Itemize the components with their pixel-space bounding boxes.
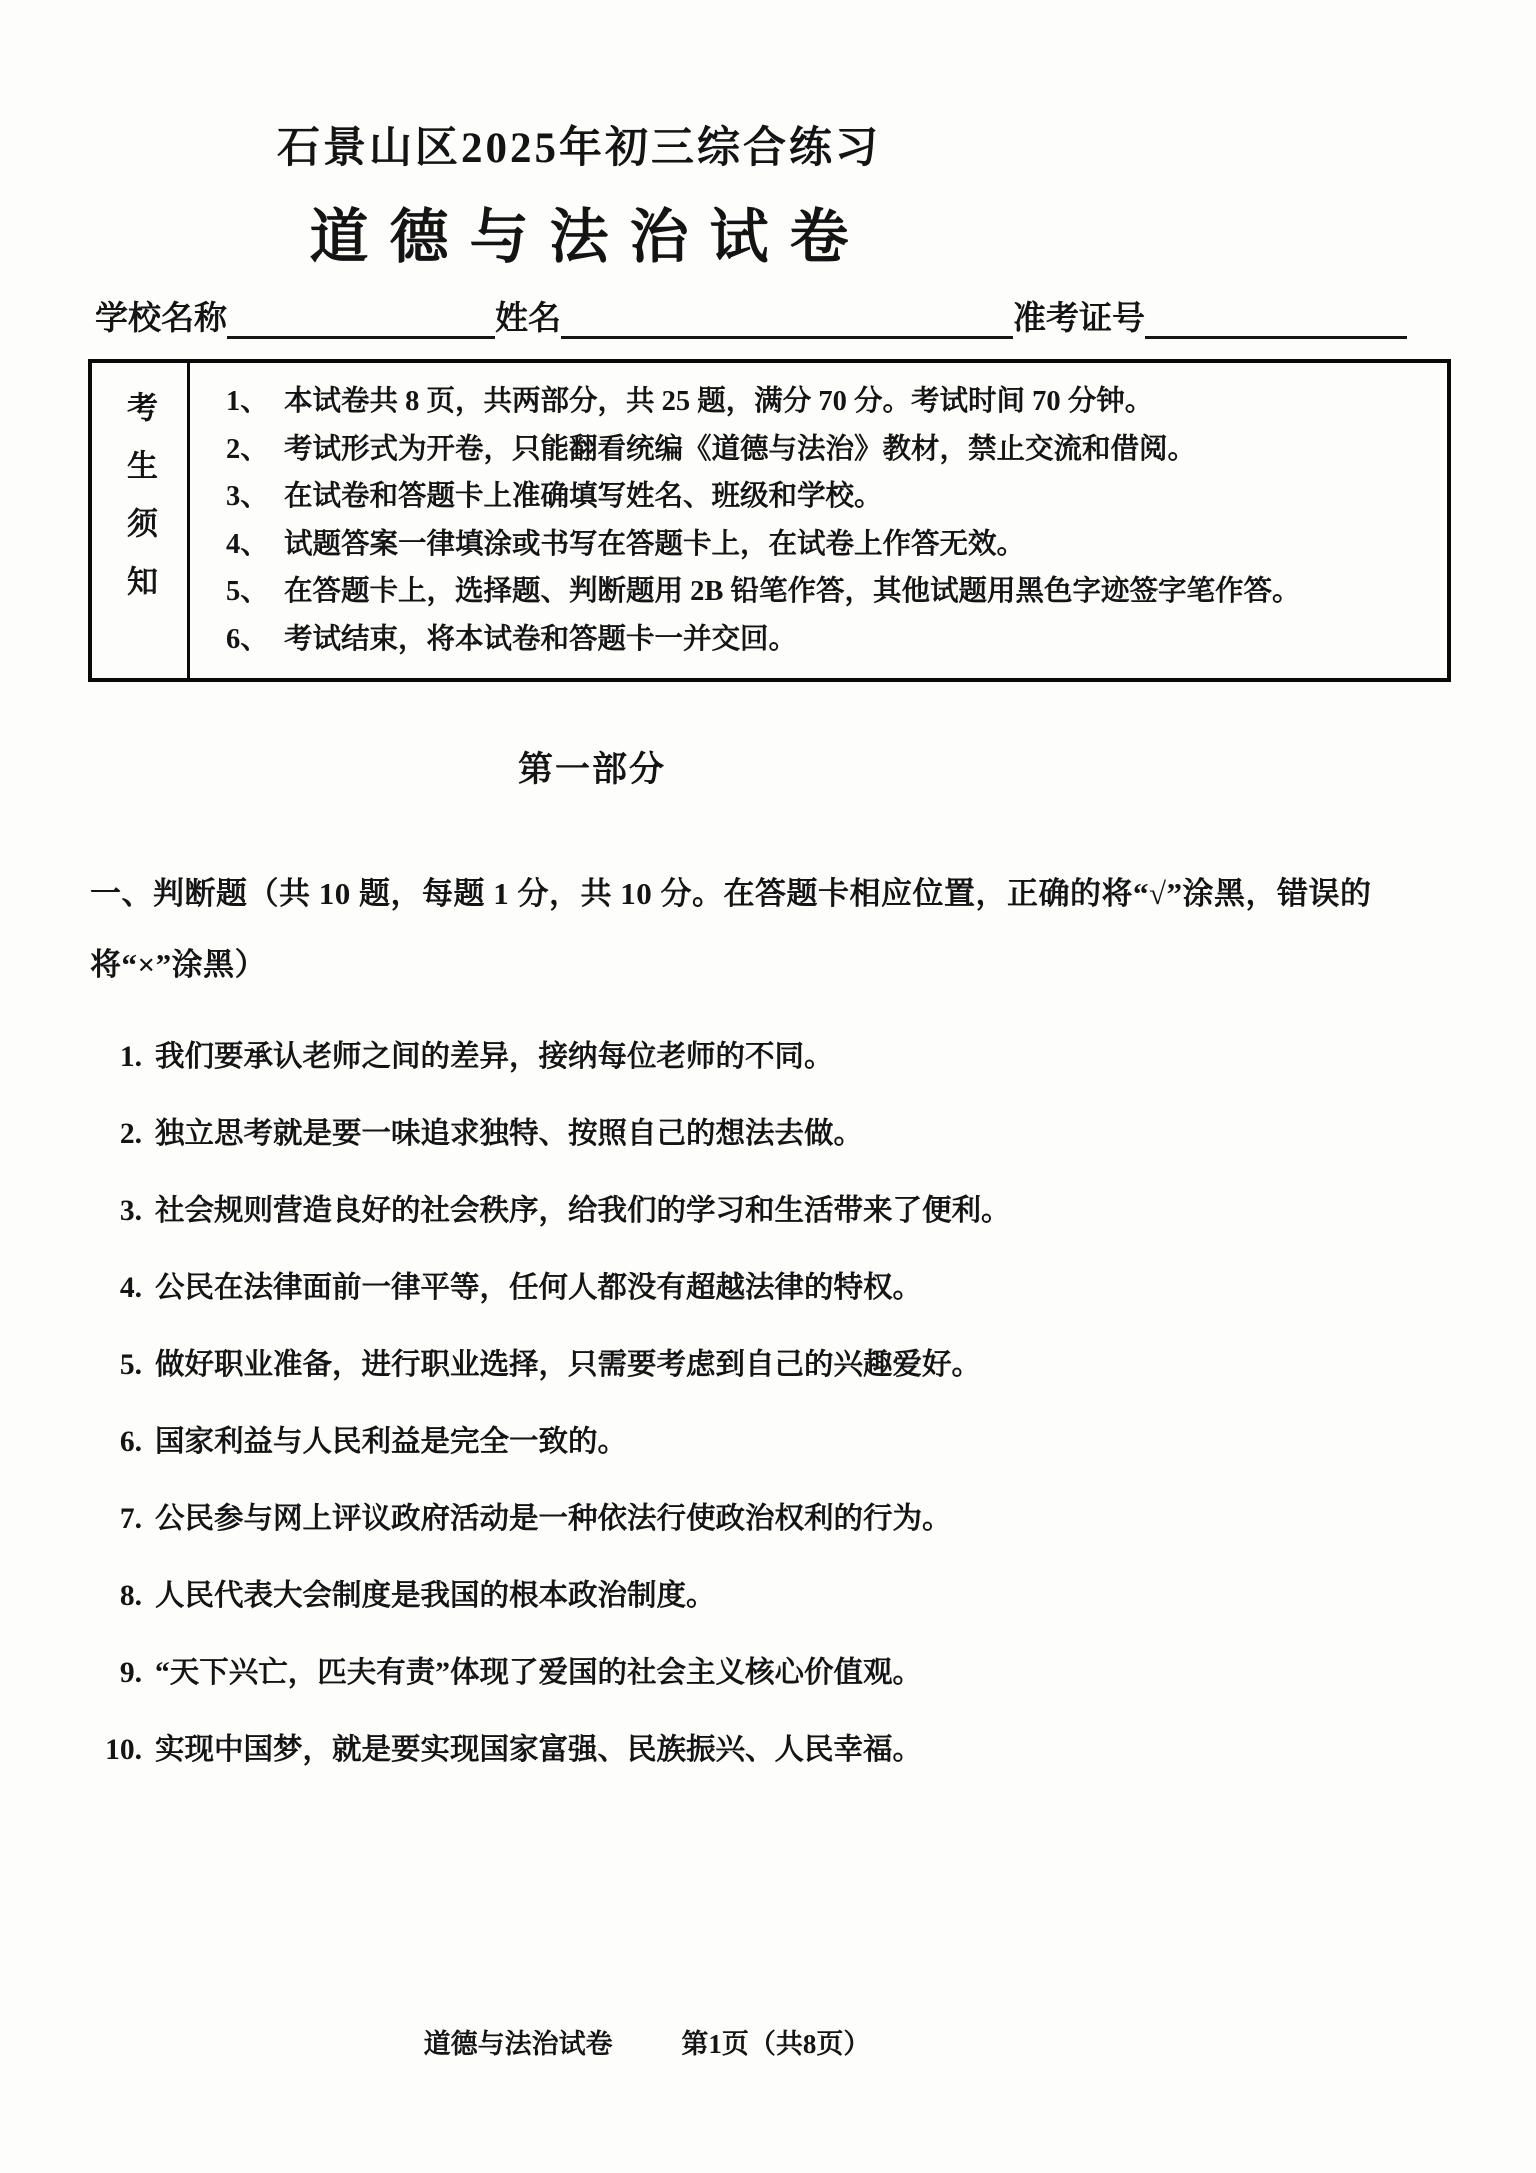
notice-item-number: 4、 <box>226 521 284 569</box>
question-text: 国家利益与人民利益是完全一致的。 <box>155 1427 627 1458</box>
notice-item: 5、 在答题卡上，选择题、判断题用 2B 铅笔作答，其他试题用黑色字迹签字笔作答… <box>226 568 1431 616</box>
notice-item: 2、 考试形式为开卷，只能翻看统编《道德与法治》教材，禁止交流和借阅。 <box>226 426 1431 474</box>
notice-item-number: 5、 <box>226 568 284 616</box>
page-footer: 道德与法治试卷 第1页（共8页） <box>0 2022 1536 2061</box>
footer-page-info: 第1页（共8页） <box>681 2029 870 2059</box>
notice-item-text: 考试结束，将本试卷和答题卡一并交回。 <box>284 616 797 664</box>
examinee-notice-box: 考生须知 1、 本试卷共 8 页，共两部分，共 25 题，满分 70 分。考试时… <box>88 359 1451 682</box>
notice-item-text: 本试卷共 8 页，共两部分，共 25 题，满分 70 分。考试时间 70 分钟。 <box>284 378 1153 426</box>
paper-subtitle: 道德与法治试卷 <box>0 189 1158 274</box>
notice-item-text: 试题答案一律填涂或书写在答题卡上，在试卷上作答无效。 <box>284 521 1025 569</box>
question-row: 1. 我们要承认老师之间的差异，接纳每位老师的不同。 <box>92 1042 1476 1073</box>
question-text: 实现中国梦，就是要实现国家富强、民族振兴、人民幸福。 <box>155 1735 922 1766</box>
question-text: 人民代表大会制度是我国的根本政治制度。 <box>155 1581 716 1612</box>
notice-side-label: 考生须知 <box>117 391 162 650</box>
question-row: 5. 做好职业准备，进行职业选择，只需要考虑到自己的兴趣爱好。 <box>92 1350 1476 1381</box>
question-number: 8. <box>92 1581 155 1612</box>
school-name-blank <box>227 298 495 339</box>
notice-item-number: 1、 <box>226 378 284 426</box>
question-number: 9. <box>92 1658 155 1689</box>
question-text: 社会规则营造良好的社会秩序，给我们的学习和生活带来了便利。 <box>155 1196 1011 1227</box>
exam-id-label: 准考证号 <box>1013 301 1145 339</box>
question-number: 6. <box>92 1427 155 1458</box>
question-row: 8. 人民代表大会制度是我国的根本政治制度。 <box>92 1581 1476 1612</box>
notice-list: 1、 本试卷共 8 页，共两部分，共 25 题，满分 70 分。考试时间 70 … <box>190 363 1447 678</box>
notice-item-number: 3、 <box>226 473 284 521</box>
notice-item: 4、 试题答案一律填涂或书写在答题卡上，在试卷上作答无效。 <box>226 521 1431 569</box>
notice-item-text: 考试形式为开卷，只能翻看统编《道德与法治》教材，禁止交流和借阅。 <box>284 426 1196 474</box>
notice-item: 3、 在试卷和答题卡上准确填写姓名、班级和学校。 <box>226 473 1431 521</box>
exam-paper-page: 石景山区2025年初三综合练习 道德与法治试卷 学校名称 姓名 准考证号 考生须… <box>0 0 1536 2173</box>
question-text: 独立思考就是要一味追求独特、按照自己的想法去做。 <box>155 1119 863 1150</box>
question-text: 做好职业准备，进行职业选择，只需要考虑到自己的兴趣爱好。 <box>155 1350 981 1381</box>
true-false-section-heading: 一、判断题（共 10 题，每题 1 分，共 10 分。在答题卡相应位置，正确的将… <box>90 858 1462 1000</box>
paper-title: 石景山区2025年初三综合练习 <box>0 114 1158 175</box>
candidate-fields-row: 学校名称 姓名 准考证号 <box>95 298 1536 339</box>
question-row: 3. 社会规则营造良好的社会秩序，给我们的学习和生活带来了便利。 <box>92 1196 1476 1227</box>
question-text: 公民参与网上评议政府活动是一种依法行使政治权利的行为。 <box>155 1504 952 1535</box>
question-text: “天下兴亡，匹夫有责”体现了爱国的社会主义核心价值观。 <box>155 1658 922 1689</box>
question-number: 2. <box>92 1119 155 1150</box>
question-list: 1. 我们要承认老师之间的差异，接纳每位老师的不同。 2. 独立思考就是要一味追… <box>92 1042 1476 1766</box>
part-one-title: 第一部分 <box>0 742 1536 792</box>
school-name-label: 学校名称 <box>95 301 227 339</box>
question-row: 7. 公民参与网上评议政府活动是一种依法行使政治权利的行为。 <box>92 1504 1476 1535</box>
notice-item: 6、 考试结束，将本试卷和答题卡一并交回。 <box>226 616 1431 664</box>
question-row: 4. 公民在法律面前一律平等，任何人都没有超越法律的特权。 <box>92 1273 1476 1304</box>
notice-item-text: 在答题卡上，选择题、判断题用 2B 铅笔作答，其他试题用黑色字迹签字笔作答。 <box>284 568 1301 616</box>
question-row: 9. “天下兴亡，匹夫有责”体现了爱国的社会主义核心价值观。 <box>92 1658 1476 1689</box>
question-row: 10. 实现中国梦，就是要实现国家富强、民族振兴、人民幸福。 <box>92 1735 1476 1766</box>
question-number: 7. <box>92 1504 155 1535</box>
notice-side-column: 考生须知 <box>92 363 190 678</box>
notice-item: 1、 本试卷共 8 页，共两部分，共 25 题，满分 70 分。考试时间 70 … <box>226 378 1431 426</box>
exam-id-blank <box>1145 298 1407 339</box>
question-number: 1. <box>92 1042 155 1073</box>
notice-item-number: 2、 <box>226 426 284 474</box>
question-row: 2. 独立思考就是要一味追求独特、按照自己的想法去做。 <box>92 1119 1476 1150</box>
question-text: 公民在法律面前一律平等，任何人都没有超越法律的特权。 <box>155 1273 922 1304</box>
question-number: 3. <box>92 1196 155 1227</box>
notice-item-text: 在试卷和答题卡上准确填写姓名、班级和学校。 <box>284 473 883 521</box>
paper-header: 石景山区2025年初三综合练习 道德与法治试卷 <box>0 0 1536 274</box>
question-number: 5. <box>92 1350 155 1381</box>
question-number: 4. <box>92 1273 155 1304</box>
question-text: 我们要承认老师之间的差异，接纳每位老师的不同。 <box>155 1042 834 1073</box>
name-label: 姓名 <box>495 301 561 339</box>
footer-doc-name: 道德与法治试卷 <box>424 2029 613 2059</box>
notice-item-number: 6、 <box>226 616 284 664</box>
name-blank <box>561 298 1013 339</box>
question-row: 6. 国家利益与人民利益是完全一致的。 <box>92 1427 1476 1458</box>
question-number: 10. <box>92 1735 155 1766</box>
